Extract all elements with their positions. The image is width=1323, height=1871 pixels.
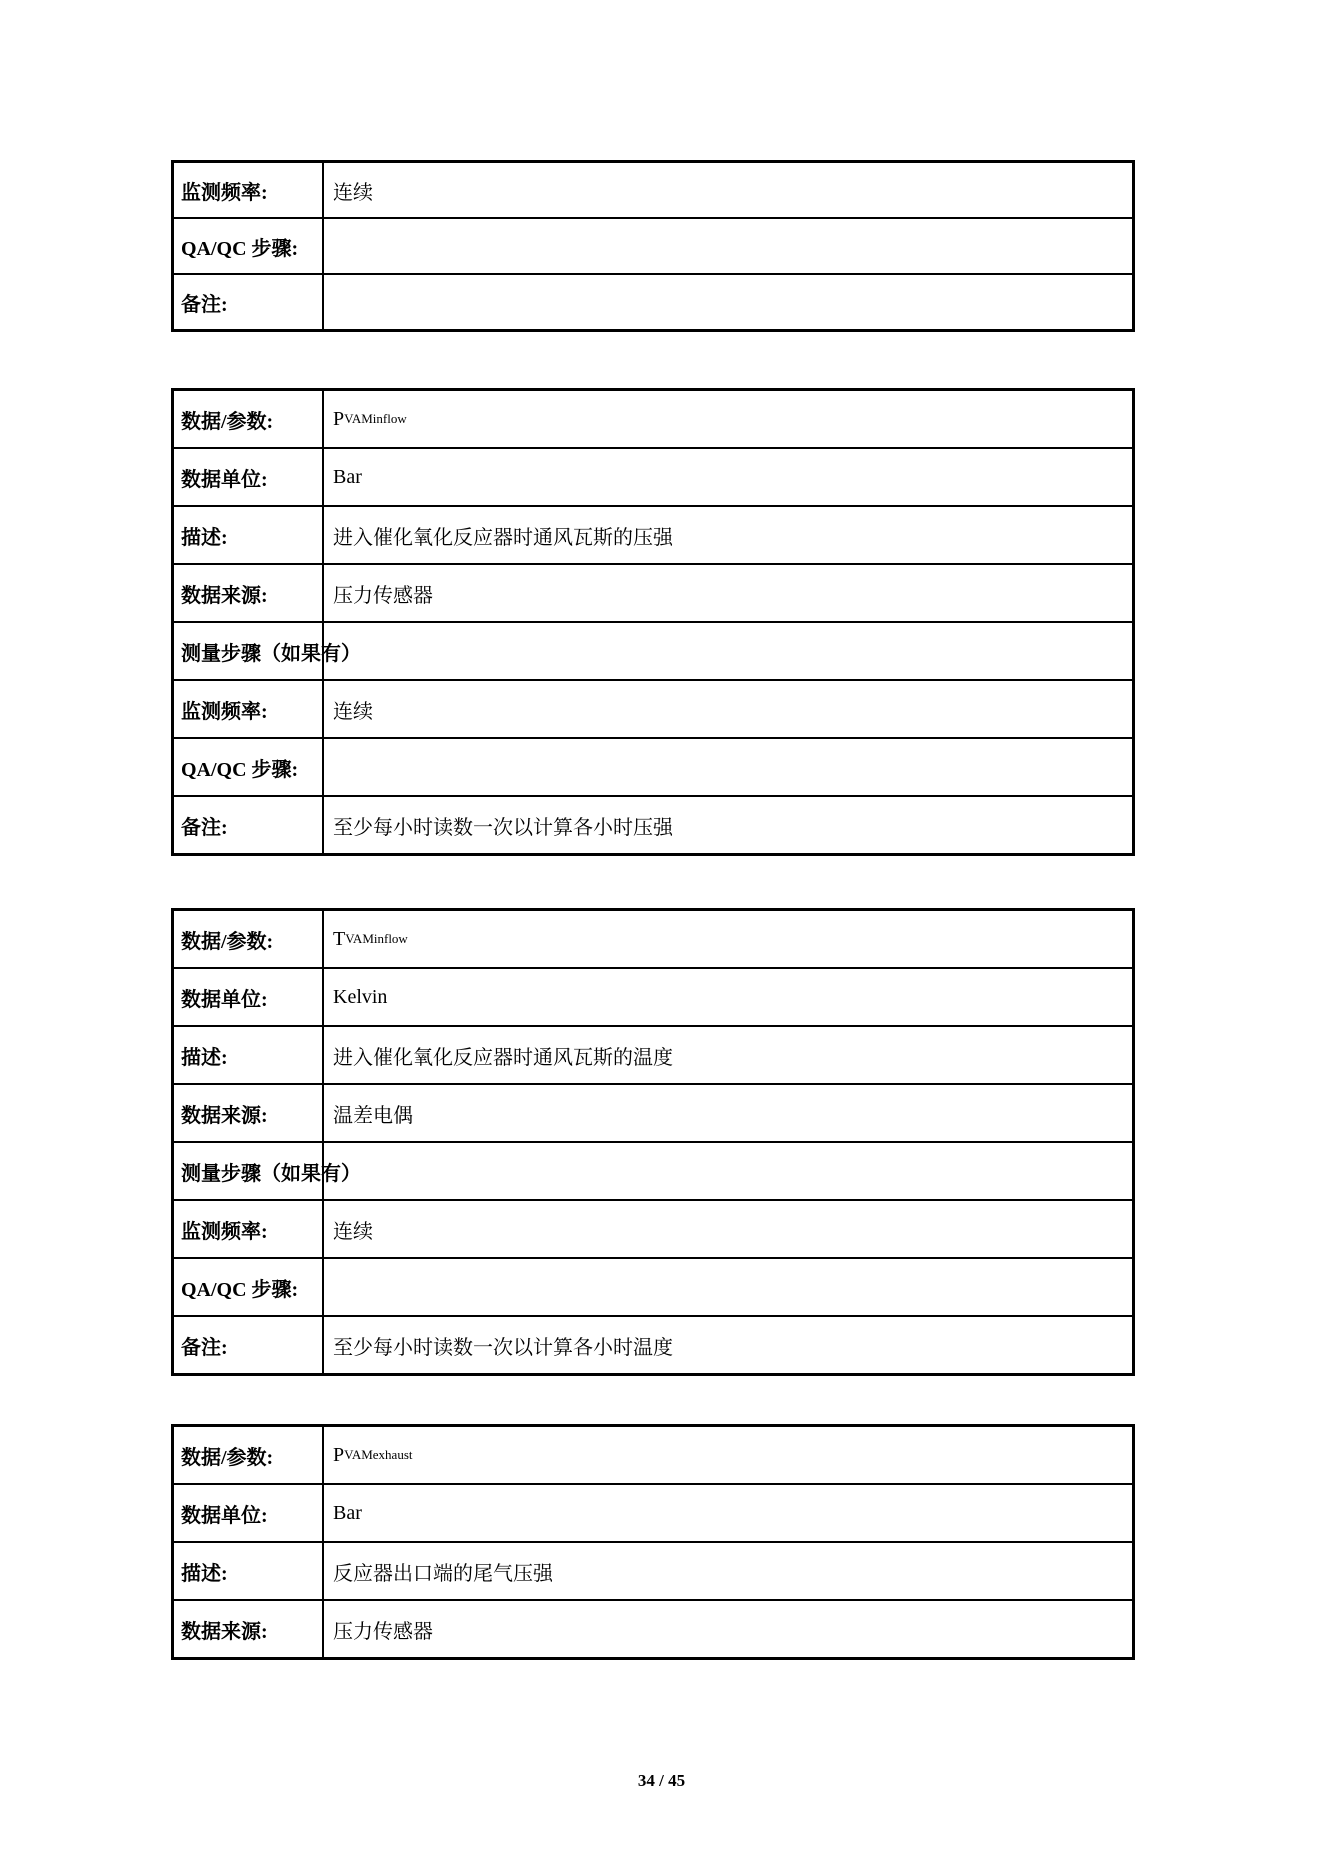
row-label: 测量步骤（如果有）	[174, 623, 324, 679]
table-row: 描述: 进入催化氧化反应器时通风瓦斯的压强	[174, 505, 1132, 563]
row-value: Bar	[324, 449, 1132, 505]
row-label: 监测频率:	[174, 163, 324, 217]
row-value: 进入催化氧化反应器时通风瓦斯的压强	[324, 507, 1132, 563]
row-label: 备注:	[174, 275, 324, 329]
parameter-table-pvaminflow: 数据/参数: PVAMinflow 数据单位: Bar 描述: 进入催化氧化反应…	[171, 388, 1135, 856]
table-row: 备注: 至少每小时读数一次以计算各小时压强	[174, 795, 1132, 853]
row-label: 数据来源:	[174, 565, 324, 621]
table-row: QA/QC 步骤:	[174, 1257, 1132, 1315]
parameter-table-tvaminflow: 数据/参数: TVAMinflow 数据单位: Kelvin 描述: 进入催化氧…	[171, 908, 1135, 1376]
row-value	[324, 1143, 1132, 1199]
row-label: 数据单位:	[174, 969, 324, 1025]
row-label: 监测频率:	[174, 681, 324, 737]
row-value: 连续	[324, 681, 1132, 737]
table-row: 监测频率: 连续	[174, 679, 1132, 737]
row-label: QA/QC 步骤:	[174, 739, 324, 795]
row-label: 数据/参数:	[174, 911, 324, 967]
row-value: 进入催化氧化反应器时通风瓦斯的温度	[324, 1027, 1132, 1083]
monitoring-table-continuation: 监测频率: 连续 QA/QC 步骤: 备注:	[171, 160, 1135, 332]
parameter-symbol: T	[333, 928, 345, 951]
row-label: 数据单位:	[174, 1485, 324, 1541]
row-label: 备注:	[174, 797, 324, 853]
row-value: Kelvin	[324, 969, 1132, 1025]
row-value: 温差电偶	[324, 1085, 1132, 1141]
row-value: 连续	[324, 1201, 1132, 1257]
table-row: 描述: 进入催化氧化反应器时通风瓦斯的温度	[174, 1025, 1132, 1083]
table-row: 监测频率: 连续	[174, 1199, 1132, 1257]
table-row: 数据单位: Bar	[174, 447, 1132, 505]
row-label: 描述:	[174, 507, 324, 563]
row-label: 数据来源:	[174, 1085, 324, 1141]
table-row: 数据/参数: TVAMinflow	[174, 911, 1132, 967]
table-row: QA/QC 步骤:	[174, 217, 1132, 273]
row-label: 描述:	[174, 1543, 324, 1599]
row-value: 至少每小时读数一次以计算各小时压强	[324, 797, 1132, 853]
document-page: { "footer": { "page_indicator": "34 / 45…	[0, 0, 1323, 1871]
row-value	[324, 219, 1132, 273]
parameter-symbol: P	[333, 1444, 344, 1467]
table-row: 监测频率: 连续	[174, 163, 1132, 217]
table-row: 数据/参数: PVAMexhaust	[174, 1427, 1132, 1483]
row-label: 监测频率:	[174, 1201, 324, 1257]
row-value: 至少每小时读数一次以计算各小时温度	[324, 1317, 1132, 1373]
row-value	[324, 739, 1132, 795]
row-label: 数据单位:	[174, 449, 324, 505]
row-label: QA/QC 步骤:	[174, 219, 324, 273]
table-row: 数据来源: 温差电偶	[174, 1083, 1132, 1141]
table-row: 描述: 反应器出口端的尾气压强	[174, 1541, 1132, 1599]
table-row: 数据/参数: PVAMinflow	[174, 391, 1132, 447]
row-value: PVAMinflow	[324, 391, 1132, 447]
row-label: 备注:	[174, 1317, 324, 1373]
table-row: 测量步骤（如果有）	[174, 1141, 1132, 1199]
row-label: 数据/参数:	[174, 391, 324, 447]
parameter-symbol: P	[333, 408, 344, 431]
row-label: 数据/参数:	[174, 1427, 324, 1483]
row-label: QA/QC 步骤:	[174, 1259, 324, 1315]
table-row: 数据单位: Bar	[174, 1483, 1132, 1541]
parameter-table-pvamexhaust: 数据/参数: PVAMexhaust 数据单位: Bar 描述: 反应器出口端的…	[171, 1424, 1135, 1660]
row-label: 描述:	[174, 1027, 324, 1083]
row-label: 测量步骤（如果有）	[174, 1143, 324, 1199]
table-row: 数据单位: Kelvin	[174, 967, 1132, 1025]
page-number: 34 / 45	[0, 1771, 1323, 1791]
row-value: Bar	[324, 1485, 1132, 1541]
row-value: 反应器出口端的尾气压强	[324, 1543, 1132, 1599]
table-row: 数据来源: 压力传感器	[174, 1599, 1132, 1657]
row-value	[324, 623, 1132, 679]
row-value: TVAMinflow	[324, 911, 1132, 967]
row-value: 压力传感器	[324, 1601, 1132, 1657]
table-row: 测量步骤（如果有）	[174, 621, 1132, 679]
row-value	[324, 1259, 1132, 1315]
row-value: 连续	[324, 163, 1132, 217]
table-row: 备注:	[174, 273, 1132, 329]
table-row: QA/QC 步骤:	[174, 737, 1132, 795]
row-value	[324, 275, 1132, 329]
table-row: 备注: 至少每小时读数一次以计算各小时温度	[174, 1315, 1132, 1373]
row-value: PVAMexhaust	[324, 1427, 1132, 1483]
row-label: 数据来源:	[174, 1601, 324, 1657]
row-value: 压力传感器	[324, 565, 1132, 621]
table-row: 数据来源: 压力传感器	[174, 563, 1132, 621]
